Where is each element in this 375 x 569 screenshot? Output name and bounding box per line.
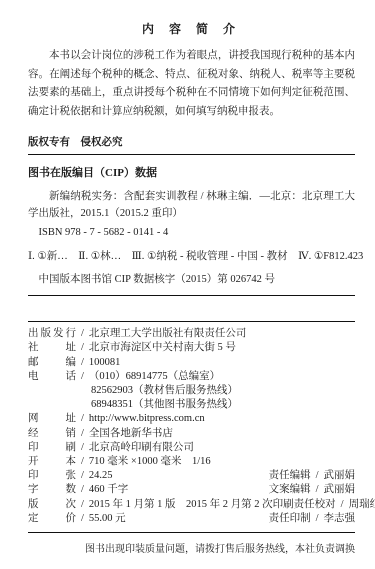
info-value: 24.25 [89,469,113,483]
cip-heading: 图书在版编目（CIP）数据 [28,164,355,180]
info-row-price: 定价 / 55.00 元 责任印制 / 李志强 [28,512,355,526]
info-value: 82562903（教材售后服务热线） [28,384,238,398]
info-label: 社址 [28,341,76,355]
info-value: 710 毫米 ×1000 毫米 1/16 [89,455,211,469]
separator-slash: / [81,455,84,469]
info-label: 电话 [28,370,76,384]
book-copyright-page: 内 容 简 介 本书以会计岗位的涉税工作为着眼点，讲授我国现行税种的基本内容。在… [0,0,375,569]
info-row-printer: 印刷 / 北京高岭印刷有限公司 [28,441,355,455]
info-row-address: 社址 / 北京市海淀区中关村南大街 5 号 [28,341,355,355]
staff-credit-copy-editor: 文案编辑 / 武丽娟 [269,483,355,497]
staff-credit-editor: 责任编辑 / 武丽娟 [269,469,355,483]
credit-name: 李志强 [324,512,356,526]
separator-slash: / [81,327,84,341]
cip-entry: 新编纳税实务：含配套实训教程 / 林琳主编．—北京：北京理工大学出版社，2015… [28,188,355,222]
separator-slash: / [81,341,84,355]
info-value: 68948351（其他图书服务热线） [28,398,238,412]
info-row-format: 开本 / 710 毫米 ×1000 毫米 1/16 [28,455,355,469]
credit-label: 文案编辑 [269,483,311,497]
separator-slash: / [81,356,84,370]
separator-slash: / [81,412,84,426]
info-row-phone-2: 82562903（教材售后服务热线） [28,384,355,398]
info-value: 北京高岭印刷有限公司 [89,441,194,455]
copyright-notice: 版权专有 侵权必究 [28,134,355,155]
info-value: http://www.bitpress.com.cn [89,412,205,426]
info-value: 北京市海淀区中关村南大街 5 号 [89,341,236,355]
quality-service-note: 图书出现印装质量问题，请拨打售后服务热线，本社负责调换 [28,540,355,555]
cip-record-number: 中国版本图书馆 CIP 数据核字（2015）第 026742 号 [28,271,355,286]
info-label: 出版发行 [28,327,76,341]
separator-slash: / [81,469,84,483]
info-row-phone-3: 68948351（其他图书服务热线） [28,398,355,412]
staff-credit-proofreader: 责任校对 / 周瑞红 [294,498,375,512]
separator-slash: / [316,469,319,483]
credit-name: 武丽娟 [324,469,356,483]
info-label: 邮编 [28,356,76,370]
blank-space [28,296,355,312]
separator-slash: / [81,370,84,384]
separator-slash: / [316,483,319,497]
info-row-publisher: 出版发行 / 北京理工大学出版社有限责任公司 [28,327,355,341]
info-row-wordcount: 字数 / 460 千字 文案编辑 / 武丽娟 [28,483,355,497]
info-row-website: 网址 / http://www.bitpress.com.cn [28,412,355,426]
divider-publication [28,321,355,322]
info-label: 开本 [28,455,76,469]
separator-slash: / [81,498,84,512]
cip-isbn: ISBN 978 - 7 - 5682 - 0141 - 4 [28,227,355,238]
credit-label: 责任校对 [294,498,336,512]
credit-name: 武丽娟 [324,483,356,497]
info-label: 印张 [28,469,76,483]
info-value: 100081 [89,356,121,370]
info-value: 55.00 元 [89,512,126,526]
credit-label: 责任印制 [269,512,311,526]
info-label: 版次 [28,498,76,512]
content-summary-heading: 内 容 简 介 [28,20,355,37]
info-label: 定价 [28,512,76,526]
separator-slash: / [316,512,319,526]
separator-slash: / [81,483,84,497]
separator-slash: / [341,498,344,512]
info-label: 字数 [28,483,76,497]
separator-slash: / [81,441,84,455]
info-value: 北京理工大学出版社有限责任公司 [89,327,247,341]
info-label: 印刷 [28,441,76,455]
info-row-distribution: 经销 / 全国各地新华书店 [28,427,355,441]
info-label: 网址 [28,412,76,426]
info-value: 2015 年 1 月第 1 版 2015 年 2 月第 2 次印刷 [89,498,294,512]
info-value: 全国各地新华书店 [89,427,173,441]
separator-slash: / [81,512,84,526]
divider-bottom [28,532,355,533]
publication-info: 出版发行 / 北京理工大学出版社有限责任公司 社址 / 北京市海淀区中关村南大街… [28,327,355,526]
content-summary-paragraph: 本书以会计岗位的涉税工作为着眼点，讲授我国现行税种的基本内容。在阐述每个税种的概… [28,47,355,121]
info-row-postcode: 邮编 / 100081 [28,356,355,370]
separator-slash: / [81,427,84,441]
staff-credit-print-supervisor: 责任印制 / 李志强 [269,512,355,526]
info-value: （010）68914775（总编室） [89,370,220,384]
info-value: 460 千字 [89,483,128,497]
credit-label: 责任编辑 [269,469,311,483]
info-row-edition: 版次 / 2015 年 1 月第 1 版 2015 年 2 月第 2 次印刷 责… [28,498,355,512]
credit-name: 周瑞红 [349,498,375,512]
cip-classification: Ⅰ. ①新… Ⅱ. ①林… Ⅲ. ①纳税 - 税收管理 - 中国 - 教材 Ⅳ.… [28,248,355,263]
info-row-phone: 电话 / （010）68914775（总编室） [28,370,355,384]
info-label: 经销 [28,427,76,441]
info-row-sheets: 印张 / 24.25 责任编辑 / 武丽娟 [28,469,355,483]
